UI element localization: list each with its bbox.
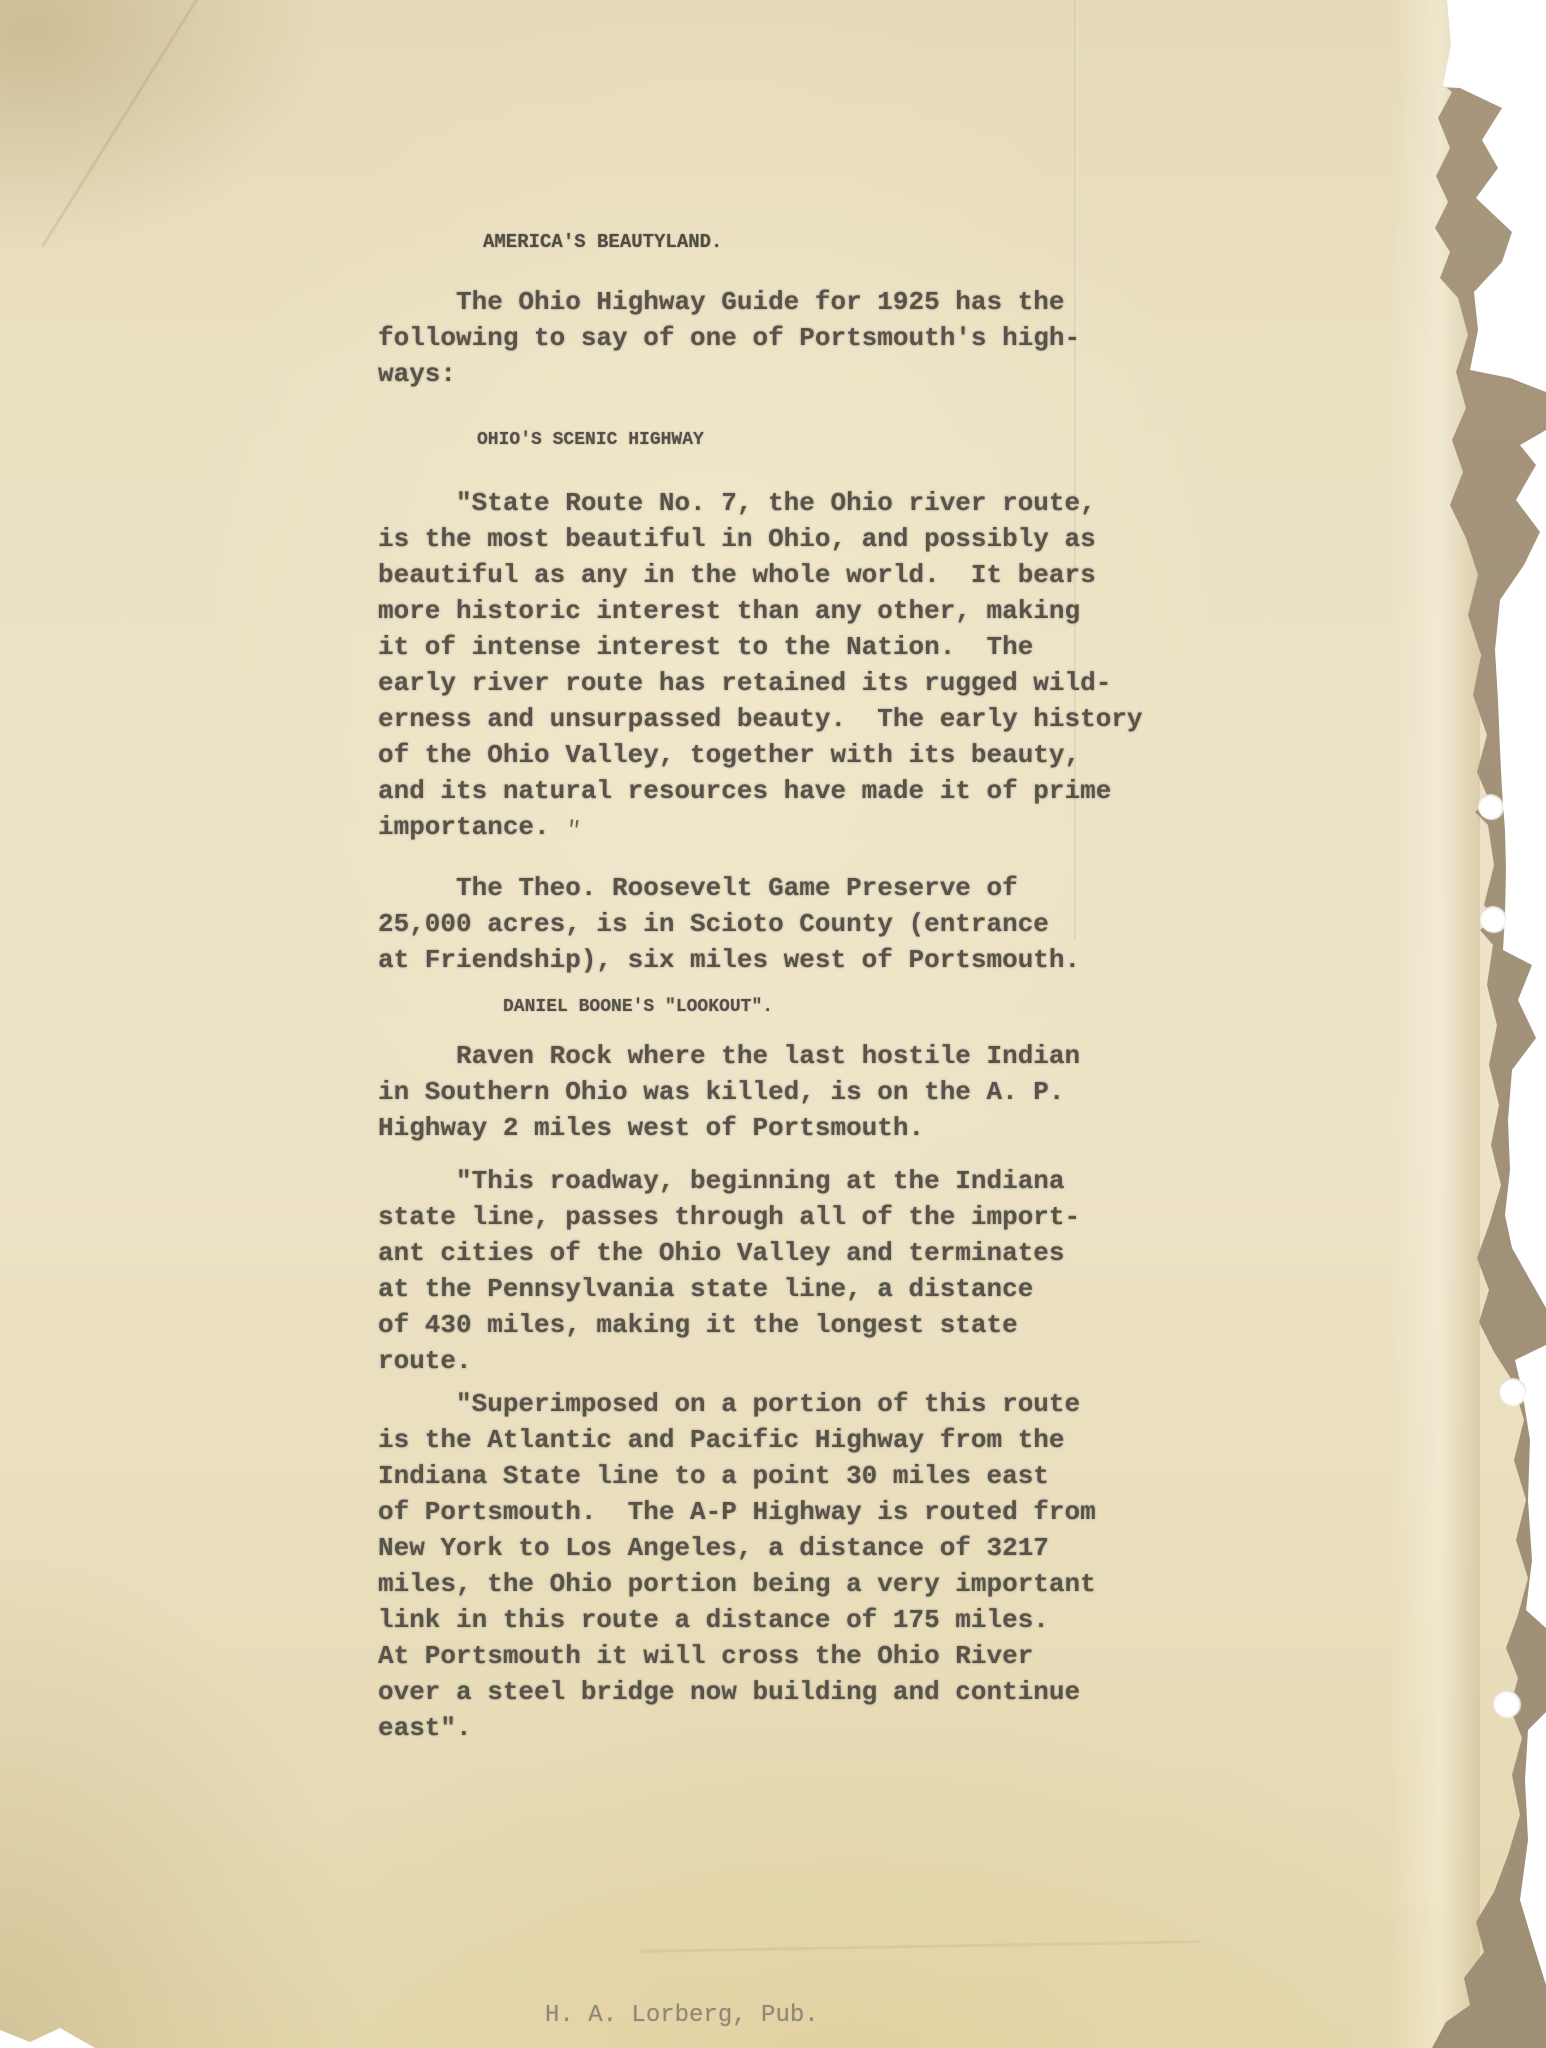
paper-crease xyxy=(41,0,203,248)
paragraph-game-preserve: The Theo. Roosevelt Game Preserve of 25,… xyxy=(378,870,1208,978)
typed-line: at the Pennsylvania state line, a distan… xyxy=(378,1271,1208,1307)
typed-line: ways: xyxy=(378,356,1208,392)
typed-line: New York to Los Angeles, a distance of 3… xyxy=(378,1530,1208,1566)
typed-line: it of intense interest to the Nation. Th… xyxy=(378,629,1208,665)
paper-sheet: AMERICA'S BEAUTYLAND. The Ohio Highway G… xyxy=(0,0,1546,2048)
typed-line: of 430 miles, making it the longest stat… xyxy=(378,1307,1208,1343)
typed-line: Raven Rock where the last hostile Indian xyxy=(378,1038,1208,1074)
typed-line: east". xyxy=(378,1710,1208,1746)
typed-line: is the Atlantic and Pacific Highway from… xyxy=(378,1422,1208,1458)
document-title: AMERICA'S BEAUTYLAND. xyxy=(483,224,1208,260)
typed-line: Indiana State line to a point 30 miles e… xyxy=(378,1458,1208,1494)
scan-background: AMERICA'S BEAUTYLAND. The Ohio Highway G… xyxy=(0,0,1546,2048)
punch-hole xyxy=(1478,794,1503,819)
paragraph-raven-rock: Raven Rock where the last hostile Indian… xyxy=(378,1038,1208,1146)
paragraph-intro: The Ohio Highway Guide for 1925 has the … xyxy=(378,284,1208,392)
typed-line: "This roadway, beginning at the Indiana xyxy=(378,1163,1208,1199)
typed-line: beautiful as any in the whole world. It … xyxy=(378,557,1208,593)
typed-line: The Theo. Roosevelt Game Preserve of xyxy=(378,870,1208,906)
paragraph-superimposed: "Superimposed on a portion of this route… xyxy=(378,1386,1208,1746)
paragraph-scenic-quote: "State Route No. 7, the Ohio river route… xyxy=(378,485,1208,845)
typed-line: over a steel bridge now building and con… xyxy=(378,1674,1208,1710)
typed-line: route. xyxy=(378,1343,1208,1379)
typed-line: is the most beautiful in Ohio, and possi… xyxy=(378,521,1208,557)
typed-line: state line, passes through all of the im… xyxy=(378,1199,1208,1235)
typed-document: AMERICA'S BEAUTYLAND. The Ohio Highway G… xyxy=(378,224,1208,1746)
typed-line: of Portsmouth. The A-P Highway is routed… xyxy=(378,1494,1208,1530)
typed-line: The Ohio Highway Guide for 1925 has the xyxy=(378,284,1208,320)
punch-hole xyxy=(1480,906,1506,932)
typed-line: importance. xyxy=(378,809,1208,845)
typed-line: and its natural resources have made it o… xyxy=(378,773,1208,809)
typed-line: miles, the Ohio portion being a very imp… xyxy=(378,1566,1208,1602)
typed-line: link in this route a distance of 175 mil… xyxy=(378,1602,1208,1638)
publisher-credit: H. A. Lorberg, Pub. xyxy=(545,2000,819,2032)
typed-line: of the Ohio Valley, together with its be… xyxy=(378,737,1208,773)
typed-line: following to say of one of Portsmouth's … xyxy=(378,320,1208,356)
typed-line: 25,000 acres, is in Scioto County (entra… xyxy=(378,906,1208,942)
paragraph-roadway: "This roadway, beginning at the Indiana … xyxy=(378,1163,1208,1379)
punch-hole xyxy=(1493,1690,1520,1717)
typed-line: more historic interest than any other, m… xyxy=(378,593,1208,629)
typed-line: at Friendship), six miles west of Portsm… xyxy=(378,942,1208,978)
typed-line: At Portsmouth it will cross the Ohio Riv… xyxy=(378,1638,1208,1674)
typed-line: early river route has retained its rugge… xyxy=(378,665,1208,701)
typed-line: "Superimposed on a portion of this route xyxy=(378,1386,1208,1422)
typed-line: ant cities of the Ohio Valley and termin… xyxy=(378,1235,1208,1271)
section-heading-scenic-highway: OHIO'S SCENIC HIGHWAY xyxy=(477,422,1208,458)
section-heading-daniel-boone-lookout: DANIEL BOONE'S "LOOKOUT". xyxy=(503,989,1208,1025)
paper-crease xyxy=(640,1940,1200,1953)
typed-line: erness and unsurpassed beauty. The early… xyxy=(378,701,1208,737)
typed-line: Highway 2 miles west of Portsmouth. xyxy=(378,1110,1208,1146)
punch-hole xyxy=(1499,1378,1526,1405)
typed-line: "State Route No. 7, the Ohio river route… xyxy=(378,485,1208,521)
typed-line: in Southern Ohio was killed, is on the A… xyxy=(378,1074,1208,1110)
